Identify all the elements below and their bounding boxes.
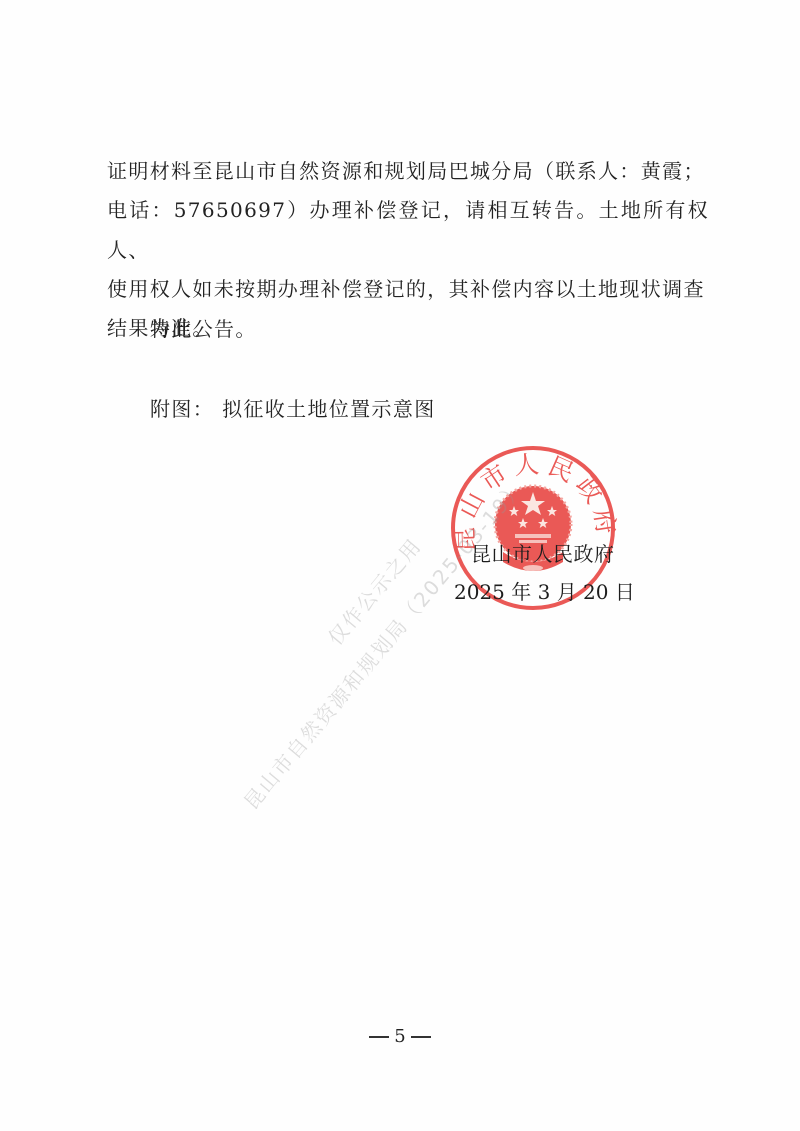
attachment-note: 附图：拟征收土地位置示意图 bbox=[150, 393, 436, 422]
page-number-value: 5 bbox=[394, 1026, 405, 1047]
issuer-signature: 昆山市人民政府 bbox=[471, 538, 615, 567]
watermark-line-1: 仅作公示之用 bbox=[320, 531, 427, 651]
body-line-1: 证明材料至昆山市自然资源和规划局巴城分局（联系人：黄霞； bbox=[107, 152, 709, 191]
attachment-title: 拟征收土地位置示意图 bbox=[222, 397, 436, 421]
body-line-2: 电话：57650697）办理补偿登记，请相互转告。土地所有权人、 bbox=[107, 191, 709, 270]
dash-right bbox=[411, 1036, 431, 1037]
closing-statement: 特此公告。 bbox=[150, 313, 257, 342]
document-page: 证明材料至昆山市自然资源和规划局巴城分局（联系人：黄霞； 电话：57650697… bbox=[0, 0, 800, 1131]
page-number: 5 bbox=[0, 1026, 800, 1047]
issue-date: 2025 年 3 月 20 日 bbox=[454, 576, 635, 605]
body-line-3: 使用权人如未按期办理补偿登记的，其补偿内容以土地现状调查 bbox=[107, 270, 709, 309]
attachment-label: 附图： bbox=[150, 397, 214, 421]
dash-left bbox=[369, 1036, 389, 1037]
